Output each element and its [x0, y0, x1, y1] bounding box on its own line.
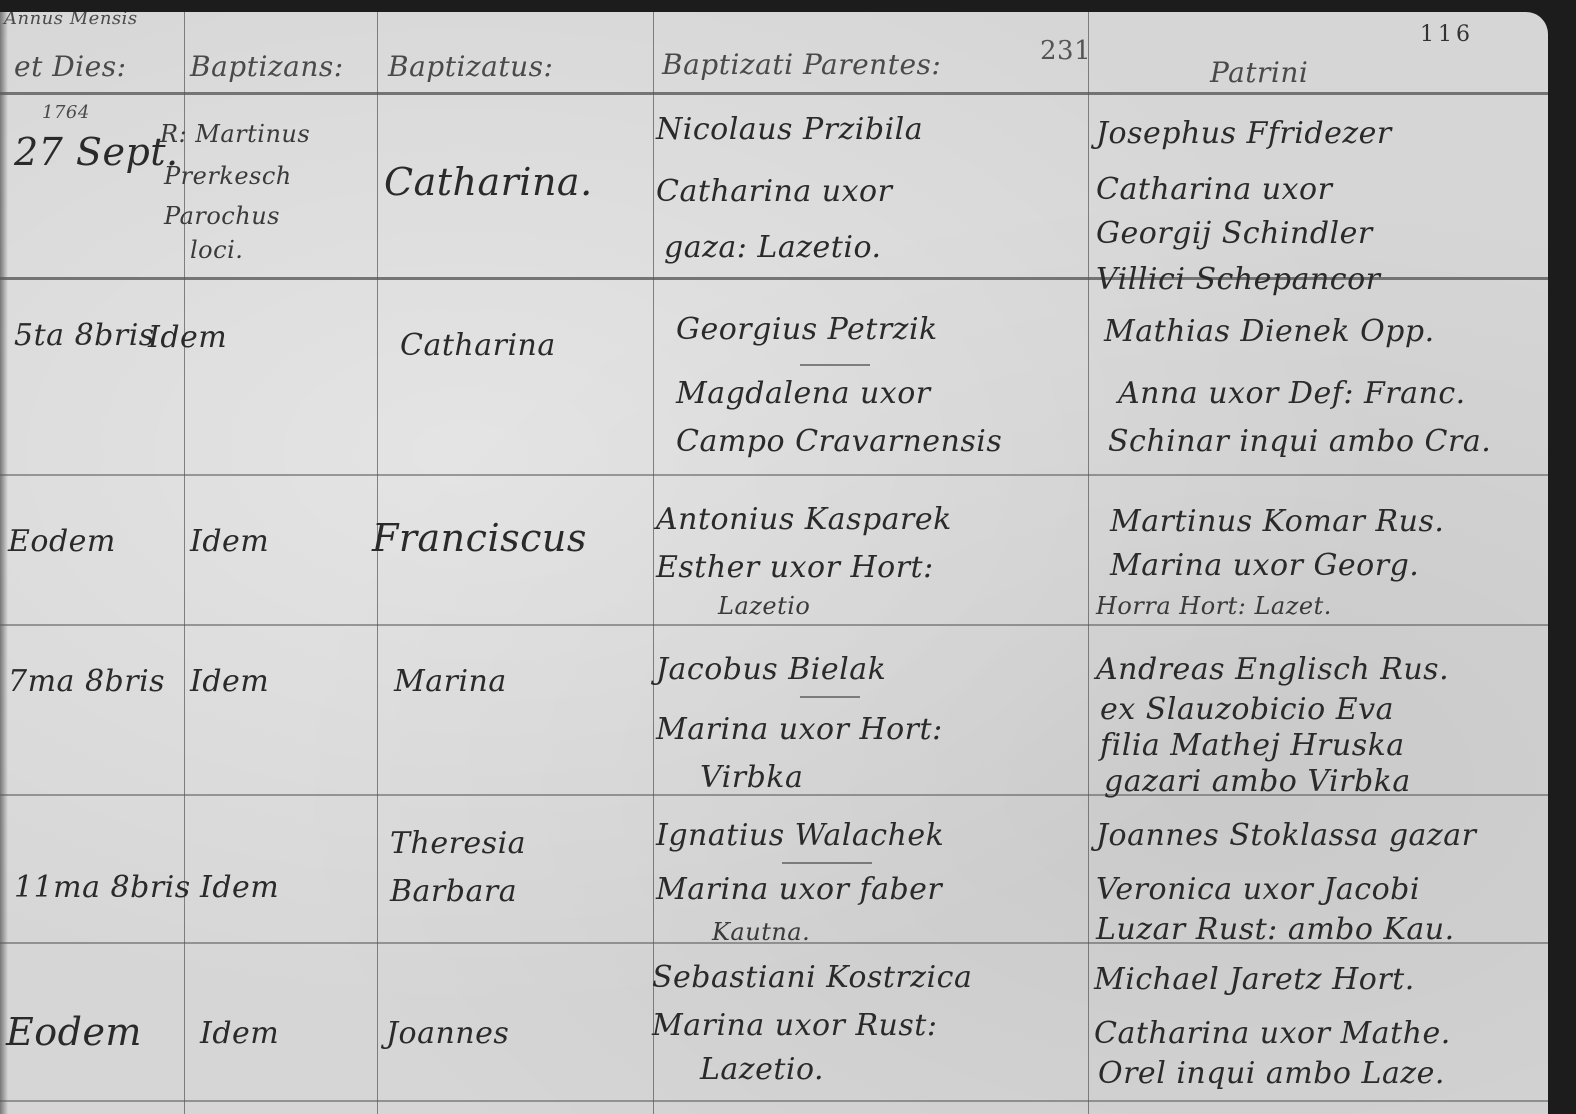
godparents-line: Horra Hort: Lazet. — [1096, 592, 1332, 620]
baptizans-line: R: Martinus — [160, 120, 310, 148]
header-baptizatus: Baptizatus: — [388, 50, 553, 83]
parents-line: Jacobus Bielak — [656, 652, 886, 687]
header-rule — [0, 92, 1548, 95]
godparents-line: Joannes Stoklassa gazar — [1096, 818, 1476, 853]
baptizatus-name: Theresia — [390, 826, 526, 861]
godparents-line: Orel inqui ambo Laze. — [1098, 1056, 1445, 1091]
row-rule — [0, 474, 1548, 476]
parents-line: Ignatius Walachek — [656, 818, 944, 853]
baptizans-line: Idem — [190, 664, 269, 699]
parents-line: Esther uxor Hort: — [656, 550, 934, 585]
parents-line: Lazetio. — [700, 1052, 824, 1087]
parents-line: Catharina uxor — [656, 174, 892, 209]
baptizatus-name: Barbara — [390, 874, 517, 909]
baptizatus-name: Joannes — [386, 1016, 509, 1051]
entry-date: 27 Sept. — [14, 130, 179, 174]
godparents-line: Schinar inqui ambo Cra. — [1108, 424, 1491, 459]
parents-line: Georgius Petrzik — [676, 312, 938, 347]
godparents-line: Mathias Dienek Opp. — [1104, 314, 1435, 349]
parents-line: Nicolaus Przibila — [656, 112, 923, 147]
corner-mark: 116 — [1420, 22, 1474, 47]
parents-line: Campo Cravarnensis — [676, 424, 1002, 459]
parents-line: gaza: Lazetio. — [664, 230, 882, 265]
baptizans-line: loci. — [190, 236, 243, 264]
header-day: et Dies: — [14, 50, 127, 83]
entry-date: Eodem — [6, 1010, 142, 1054]
godparents-line: Catharina uxor — [1096, 172, 1332, 207]
baptizans-line: Idem — [200, 870, 279, 905]
entry-date: Eodem — [8, 524, 116, 559]
page-number: 231 — [1040, 36, 1091, 66]
baptizatus-name: Franciscus — [372, 516, 587, 560]
godparents-line: Martinus Komar Rus. — [1110, 504, 1444, 539]
row-rule — [0, 1100, 1548, 1102]
surname-underline — [800, 696, 860, 698]
baptizans-line: Idem — [148, 320, 227, 355]
baptizatus-name: Catharina. — [384, 160, 593, 204]
header-parentes: Baptizati Parentes: — [662, 48, 941, 81]
baptizans-line: Prerkesch — [164, 162, 292, 190]
godparents-line: Marina uxor Georg. — [1110, 548, 1419, 583]
godparents-line: Andreas Englisch Rus. — [1096, 652, 1449, 687]
parents-line: Antonius Kasparek — [656, 502, 952, 537]
parents-line: Marina uxor faber — [656, 872, 942, 907]
parents-line: Virbka — [700, 760, 803, 795]
godparents-line: ex Slauzobicio Eva — [1100, 692, 1394, 727]
godparents-line: Luzar Rust: ambo Kau. — [1096, 912, 1455, 947]
baptizatus-name: Catharina — [400, 328, 556, 363]
header-month: Annus Mensis — [4, 12, 138, 29]
header-patrini: Patrini — [1210, 56, 1308, 89]
parents-line: Magdalena uxor — [676, 376, 931, 411]
surname-underline — [800, 364, 870, 366]
baptizatus-name: Marina — [394, 664, 507, 699]
entry-date: 11ma 8bris — [14, 870, 191, 905]
parents-line: Marina uxor Rust: — [652, 1008, 937, 1043]
column-rule — [377, 12, 378, 1114]
godparents-line: Villici Schepancor — [1096, 262, 1381, 297]
baptizans-line: Idem — [200, 1016, 279, 1051]
parents-line: Kautna. — [712, 918, 810, 946]
page-edge-shadow — [0, 12, 8, 1114]
entry-date: 7ma 8bris — [8, 664, 165, 699]
baptizans-line: Parochus — [164, 202, 280, 230]
parents-line: Lazetio — [718, 592, 810, 620]
column-rule — [653, 12, 654, 1114]
godparents-line: Michael Jaretz Hort. — [1094, 962, 1415, 997]
godparents-line: Veronica uxor Jacobi — [1096, 872, 1420, 907]
godparents-line: Catharina uxor Mathe. — [1094, 1016, 1451, 1051]
godparents-line: Georgij Schindler — [1096, 216, 1373, 251]
parents-line: Marina uxor Hort: — [656, 712, 943, 747]
baptizans-line: Idem — [190, 524, 269, 559]
row-rule — [0, 624, 1548, 626]
register-page: Annus Mensis et Dies: Baptizans: Baptiza… — [0, 12, 1548, 1114]
column-rule — [1088, 12, 1089, 1114]
header-baptizans: Baptizans: — [190, 50, 344, 83]
godparents-line: Anna uxor Def: Franc. — [1118, 376, 1466, 411]
godparents-line: Josephus Ffridezer — [1096, 116, 1392, 151]
godparents-line: gazari ambo Virbka — [1104, 764, 1411, 799]
year-note: 1764 — [42, 102, 90, 123]
godparents-line: filia Mathej Hruska — [1100, 728, 1405, 763]
parents-line: Sebastiani Kostrzica — [652, 960, 972, 995]
entry-date: 5ta 8bris — [14, 318, 155, 353]
surname-underline — [782, 862, 872, 864]
